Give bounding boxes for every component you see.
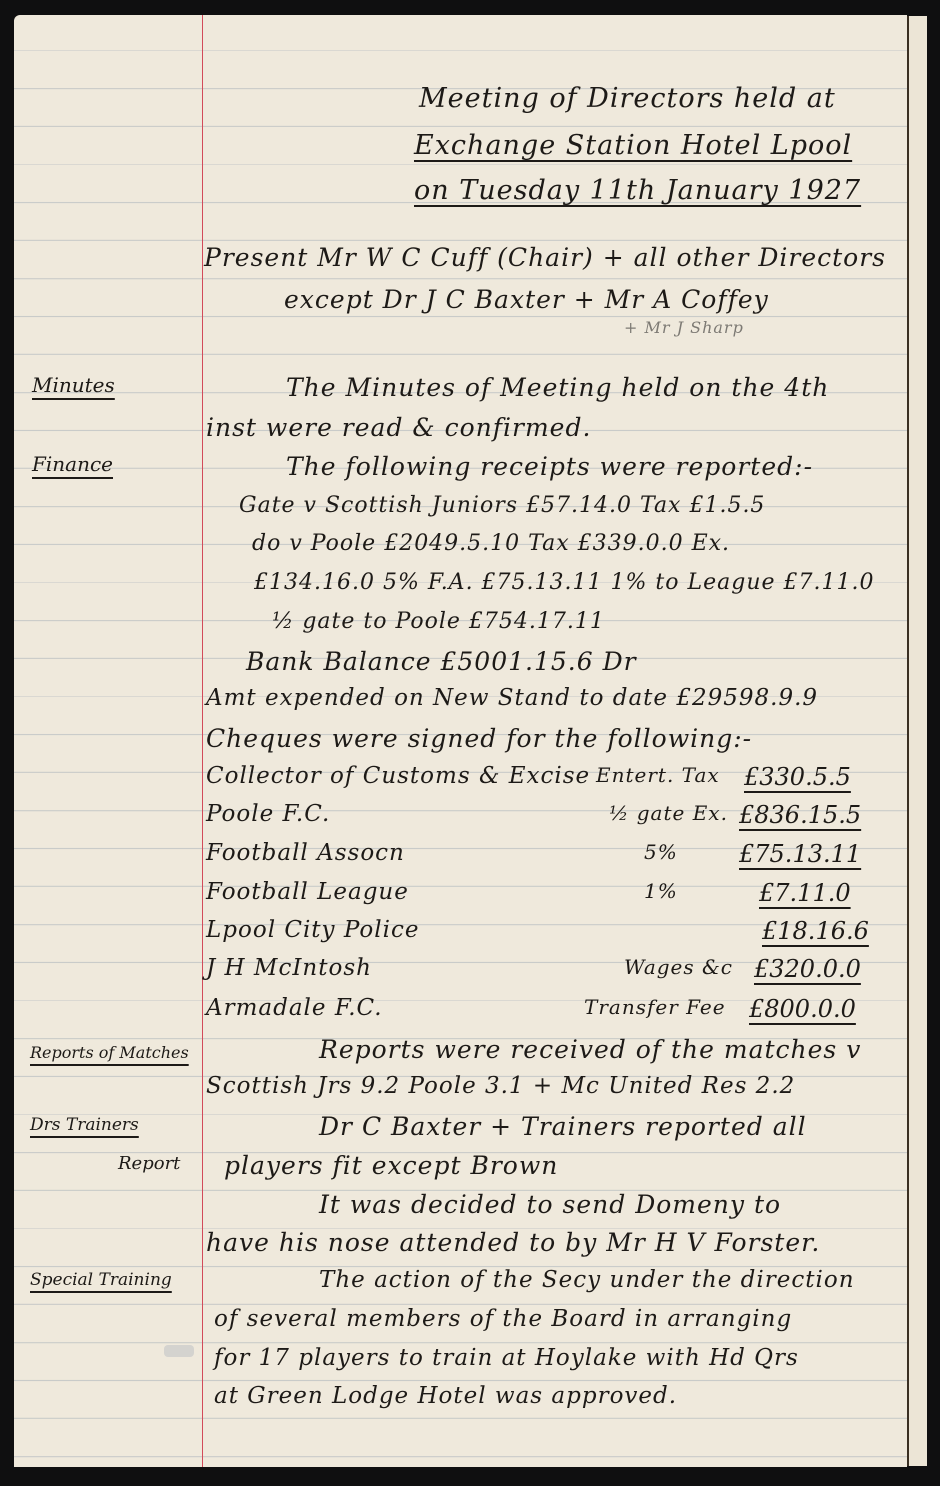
cheque-amount: £75.13.11: [739, 840, 861, 868]
cheque-payee: Collector of Customs & Excise: [206, 763, 590, 789]
special-training-line-3: for 17 players to train at Hoylake with …: [214, 1345, 799, 1371]
receipt-line-2: do v Poole £2049.5.10 Tax £339.0.0 Ex.: [252, 531, 730, 556]
present-insertion: + Mr J Sharp: [624, 318, 744, 337]
margin-heading-drs-trainers: Drs Trainers: [30, 1115, 139, 1135]
cheque-payee: J H McIntosh: [206, 955, 372, 981]
special-training-line-1: The action of the Secy under the directi…: [319, 1267, 855, 1293]
cheque-payee: Lpool City Police: [206, 917, 419, 943]
cheques-intro: Cheques were signed for the following:-: [206, 724, 752, 753]
adjacent-page-edge: [907, 16, 927, 1466]
finance-intro: The following receipts were reported:-: [286, 452, 813, 481]
cheque-purpose: Entert. Tax: [596, 763, 720, 787]
cheque-purpose: 1%: [644, 879, 678, 903]
margin-heading-reports-of-matches: Reports of Matches: [30, 1043, 189, 1062]
ledger-page: Meeting of Directors held at Exchange St…: [14, 15, 907, 1467]
margin-heading-minutes: Minutes: [32, 373, 115, 397]
trainers-line-4: have his nose attended to by Mr H V Fors…: [206, 1228, 820, 1257]
heading-line-3: on Tuesday 11th January 1927: [414, 175, 861, 206]
heading-line-2: Exchange Station Hotel Lpool: [414, 130, 852, 161]
cheque-purpose: ½ gate Ex.: [609, 801, 728, 825]
trainers-line-3: It was decided to send Domeny to: [319, 1190, 781, 1219]
cheque-purpose: 5%: [644, 840, 678, 864]
minutes-line-1: The Minutes of Meeting held on the 4th: [286, 373, 829, 402]
heading-line-1: Meeting of Directors held at: [419, 83, 836, 114]
cheque-payee: Poole F.C.: [206, 801, 330, 827]
cheque-amount: £18.16.6: [762, 917, 869, 945]
new-stand-expenditure: Amt expended on New Stand to date £29598…: [206, 685, 818, 711]
receipt-line-1: Gate v Scottish Juniors £57.14.0 Tax £1.…: [239, 493, 765, 518]
margin-heading-special-training: Special Training: [30, 1270, 172, 1290]
cheque-amount: £836.15.5: [739, 801, 861, 829]
cheque-payee: Football Assocn: [206, 840, 405, 866]
receipt-line-4: ½ gate to Poole £754.17.11: [272, 609, 605, 634]
present-line-2: except Dr J C Baxter + Mr A Coffey: [284, 285, 769, 314]
cheque-payee: Football League: [206, 879, 409, 905]
cheque-purpose: Wages &c: [624, 955, 733, 979]
margin-heading-report: Report: [118, 1153, 180, 1174]
cheque-amount: £330.5.5: [744, 763, 851, 791]
cheque-amount: £800.0.0: [749, 995, 856, 1023]
special-training-line-4: at Green Lodge Hotel was approved.: [214, 1383, 677, 1409]
special-training-line-2: of several members of the Board in arran…: [214, 1306, 792, 1332]
red-margin-line: [202, 15, 203, 1467]
receipt-line-3: £134.16.0 5% F.A. £75.13.11 1% to League…: [254, 570, 874, 595]
present-line-1: Present Mr W C Cuff (Chair) + all other …: [204, 243, 886, 272]
minutes-line-2: inst were read & confirmed.: [206, 413, 591, 442]
ink-smudge: [164, 1345, 194, 1357]
trainers-line-1: Dr C Baxter + Trainers reported all: [319, 1112, 807, 1141]
cheque-amount: £7.11.0: [759, 879, 851, 907]
margin-heading-finance: Finance: [32, 452, 113, 476]
cheque-amount: £320.0.0: [754, 955, 861, 983]
cheque-purpose: Transfer Fee: [584, 995, 726, 1019]
reports-line-1: Reports were received of the matches v: [319, 1035, 861, 1064]
trainers-line-2: players fit except Brown: [224, 1151, 558, 1180]
reports-line-2: Scottish Jrs 9.2 Poole 3.1 + Mc United R…: [206, 1073, 795, 1099]
bank-balance: Bank Balance £5001.15.6 Dr: [246, 647, 637, 676]
cheque-payee: Armadale F.C.: [206, 995, 383, 1021]
